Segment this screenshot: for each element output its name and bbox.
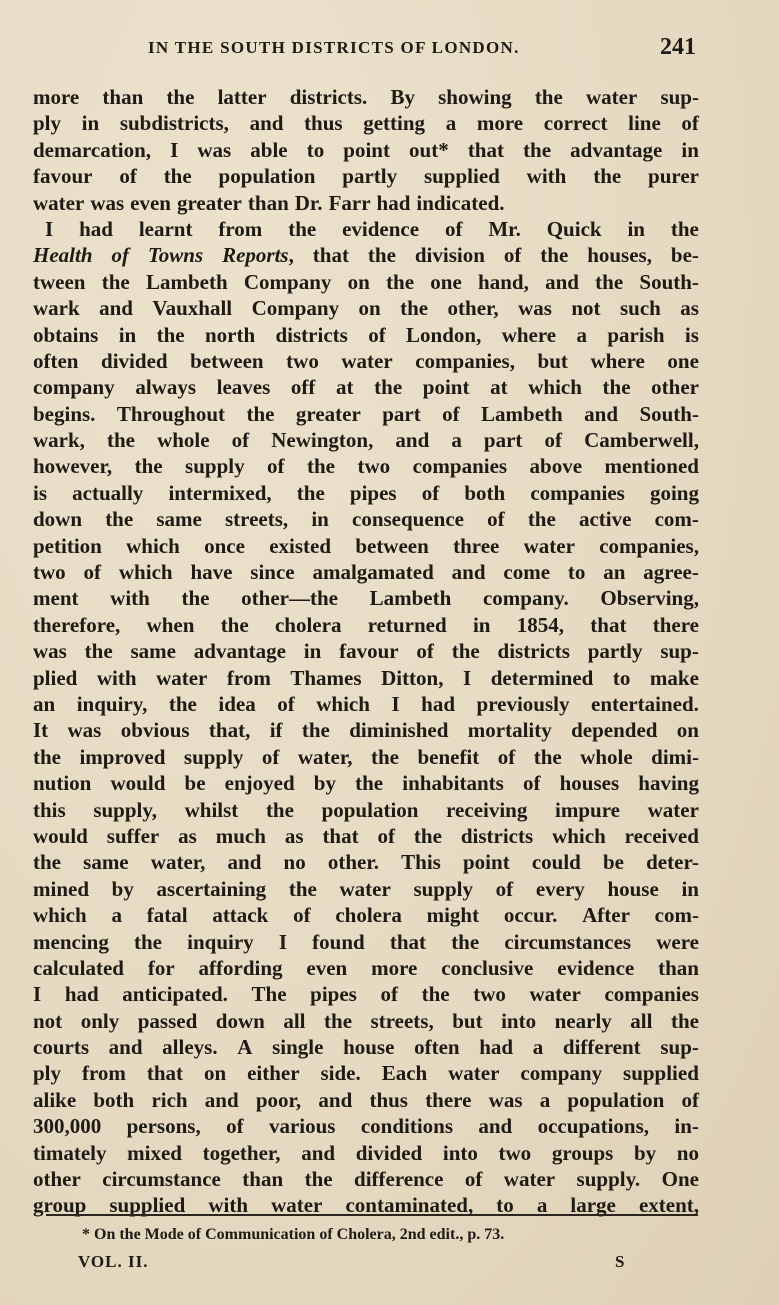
text-line: alikebothrichandpoor,andthustherewasapop… [33, 1087, 699, 1113]
text-line: obtainsinthenorthdistrictsofLondon,where… [33, 322, 699, 348]
running-title: IN THE SOUTH DISTRICTS OF LONDON. [148, 38, 520, 58]
text-line: minedbyascertainingthewatersupplyofevery… [33, 876, 699, 902]
text-line: downthesamestreets,inconsequenceoftheact… [33, 506, 699, 532]
text-line: 300,000persons,ofvariousconditionsandocc… [33, 1113, 699, 1139]
book-page: IN THE SOUTH DISTRICTS OF LONDON. 241 mo… [0, 0, 779, 1305]
text-line: mentwiththeother—theLambethcompany.Obser… [33, 585, 699, 611]
running-head: IN THE SOUTH DISTRICTS OF LONDON. 241 [148, 36, 696, 66]
text-line: wasthesameadvantageinfavourofthedistrict… [33, 638, 699, 664]
text-line: timatelymixedtogether,anddividedintotwog… [33, 1140, 699, 1166]
signature-volume: VOL. II. [78, 1252, 148, 1272]
text-line: therefore,whenthecholerareturnedin1854,t… [33, 612, 699, 638]
text-line: calculatedforaffordingevenmoreconclusive… [33, 955, 699, 981]
text-line: thesamewater,andnoother.Thispointcouldbe… [33, 849, 699, 875]
text-line: demarcation,Iwasabletopointout*thatthead… [33, 137, 699, 163]
text-line: isactuallyintermixed,thepipesofbothcompa… [33, 480, 699, 506]
text-line: Ihadanticipated.Thepipesofthetwowatercom… [33, 981, 699, 1007]
text-line: waterwasevengreaterthanDr.Farrhadindicat… [33, 190, 699, 216]
text-line: nutionwouldbeenjoyedbytheinhabitantsofho… [33, 770, 699, 796]
text-line: mencingtheinquiryIfoundthatthecircumstan… [33, 929, 699, 955]
signature-mark: S [615, 1252, 624, 1272]
text-line: however,thesupplyofthetwocompaniesabovem… [33, 453, 699, 479]
footnote-rule [46, 1214, 698, 1216]
text-line: morethanthelatterdistricts.Byshowingthew… [33, 84, 699, 110]
text-line: companyalwaysleavesoffatthepointatwhicht… [33, 374, 699, 400]
text-line: twoofwhichhavesinceamalgamatedandcometoa… [33, 559, 699, 585]
text-line: HealthofTownsReports,thatthedivisionofth… [33, 242, 699, 268]
page-number: 241 [660, 34, 696, 61]
text-line: IhadlearntfromtheevidenceofMr.Quickinthe [33, 216, 699, 242]
text-line: wouldsufferasmuchasthatofthedistrictswhi… [33, 823, 699, 849]
text-line: plyfromthatoneitherside.Eachwatercompany… [33, 1060, 699, 1086]
text-line: wark,thewholeofNewington,andapartofCambe… [33, 427, 699, 453]
text-line: pliedwithwaterfromThamesDitton,Idetermin… [33, 665, 699, 691]
text-line: begins.ThroughoutthegreaterpartofLambeth… [33, 401, 699, 427]
text-line: whichafatalattackofcholeramightoccur.Aft… [33, 902, 699, 928]
text-line: Itwasobviousthat,ifthediminishedmortalit… [33, 717, 699, 743]
text-line: othercircumstancethanthedifferenceofwate… [33, 1166, 699, 1192]
text-line: courtsandalleys.Asinglehouseoftenhadadif… [33, 1034, 699, 1060]
text-line: warkandVauxhallCompanyontheother,wasnots… [33, 295, 699, 321]
text-line: theimprovedsupplyofwater,thebenefitofthe… [33, 744, 699, 770]
text-line: notonlypasseddownallthestreets,butintone… [33, 1008, 699, 1034]
text-line: favourofthepopulationpartlysuppliedwitht… [33, 163, 699, 189]
text-line: tweentheLambethCompanyontheonehand,andth… [33, 269, 699, 295]
text-line: thissupply,whilstthepopulationreceivingi… [33, 797, 699, 823]
text-line: petitionwhichonceexistedbetweenthreewate… [33, 533, 699, 559]
body-text: morethanthelatterdistricts.Byshowingthew… [33, 84, 699, 1219]
footnote: * On the Mode of Communication of Choler… [82, 1226, 504, 1244]
text-line: plyinsubdistricts,andthusgettingamorecor… [33, 110, 699, 136]
text-line: oftendividedbetweentwowatercompanies,but… [33, 348, 699, 374]
text-line: aninquiry,theideaofwhichIhadpreviouslyen… [33, 691, 699, 717]
